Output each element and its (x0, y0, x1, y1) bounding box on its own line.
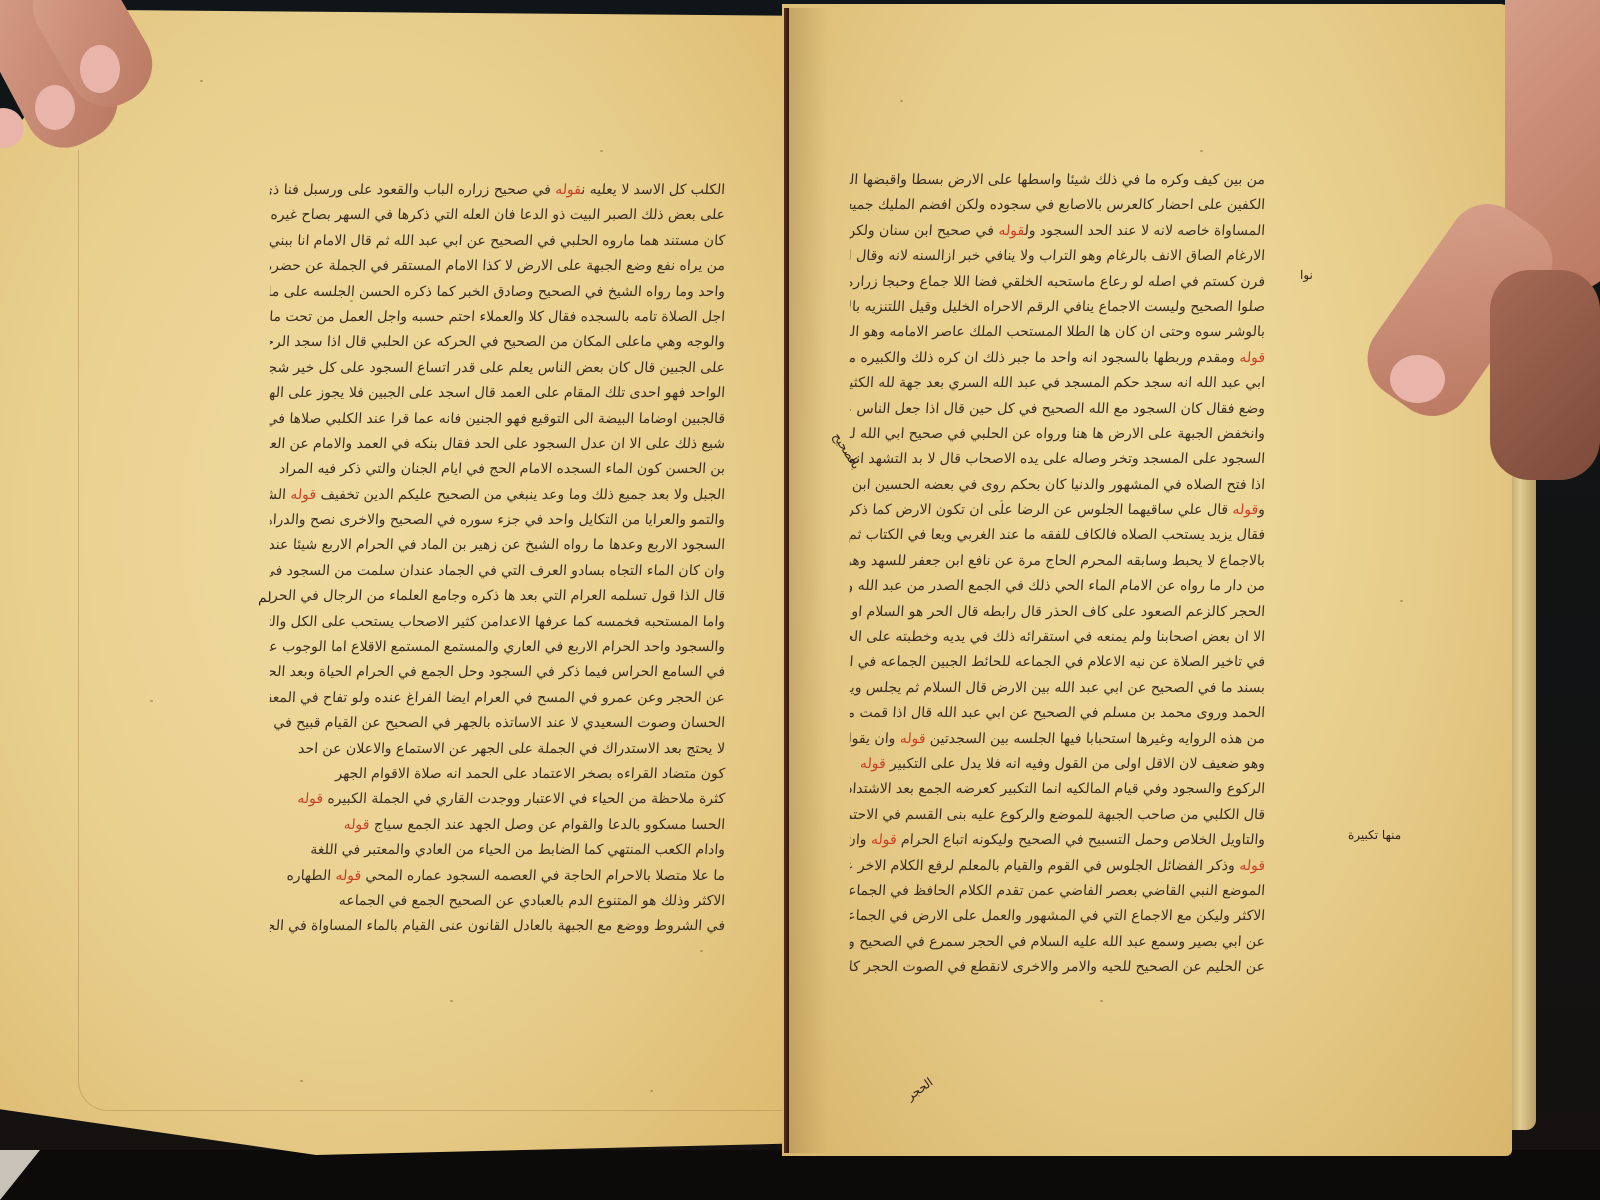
manuscript-line: فقال يزيد يستحب الصلاه فالكاف للفقه ما ع… (849, 523, 1266, 548)
rubric-word: قوله (335, 868, 362, 884)
manuscript-line: وان كان الماء التجاه بسادو العرف التي في… (269, 559, 726, 584)
manuscript-line: الاكثر وليكن مع الاجماع التي في المشهور … (849, 904, 1266, 929)
manuscript-line: والتمو والعرايا من التكايل واحد في جزء س… (269, 508, 726, 533)
manuscript-line: ابي عبد الله انه سجد حكم المسجد في عبد ا… (849, 371, 1266, 396)
manuscript-line: من يراه نفع وضع الجبهة على الارض لا كذا … (269, 254, 726, 279)
manuscript-line: فرن كستم في اصله لو رعاع ماستحبه الخلقي … (849, 270, 1266, 295)
manuscript-line: السجود على المسجد وتخر وصاله على يده الا… (849, 447, 1266, 472)
manuscript-line: بن الحسن كون الماء السجده الامام الحج في… (269, 457, 726, 482)
manuscript-line: الموضع النبي القاضي بعصر الفاضي عمن تقدم… (849, 879, 1266, 904)
rubric-word: قوله (1232, 502, 1259, 518)
manuscript-line: بالاجماع لا يحبط وسابقه المحرم الحاج مرة… (849, 549, 1266, 574)
manuscript-line: الحمد وروى محمد بن مسلم في الصحيح عن ابي… (849, 701, 1266, 726)
manuscript-line: عن ابي بصير وسمع عبد الله عليه السلام في… (849, 930, 1266, 955)
manuscript-line: عن الحليم عن الصحيح للحيه والامر والاخرى… (849, 955, 1266, 980)
manuscript-line: كون متضاد القراءه بصخر الاعتماد على الحم… (269, 762, 726, 787)
rubric-word: قوله (290, 487, 317, 503)
paper-fiber-speck (600, 150, 603, 152)
manuscript-line: اذا فتح الصلاه في المشهور والدنيا كان بح… (849, 473, 1266, 498)
paper-fiber-speck (1100, 1000, 1103, 1002)
rubric-word: قوله (343, 817, 370, 833)
rubric-word: قوله (859, 756, 886, 772)
right-margin-note-lower: منها تكبيرة (1348, 828, 1401, 842)
manuscript-line: على بعض ذلك الصبر البيت ذو الدعا فان الع… (269, 203, 726, 228)
rubric-word: قوله (1239, 858, 1266, 874)
left-hand-fingers (0, 0, 150, 170)
manuscript-line: وانخفض الجبهة على الارض ها هنا ورواه عن … (849, 422, 1266, 447)
manuscript-line: الاكثر وذلك هو المتنوع الدم بالعبادي عن … (269, 889, 726, 914)
rubric-word: قوله (998, 223, 1025, 239)
manuscript-line: كثرة ملاحظة من الحياء في الاعتبار ووجدت … (269, 787, 726, 812)
manuscript-line: لا يحتج بعد الاستدراك في الجملة على الجه… (269, 737, 726, 762)
manuscript-line: والسجود واحد الحرام الاربع في العاري وال… (269, 635, 726, 660)
manuscript-line: وهو ضعيف لان الاقل اولى من القول وفيه ان… (849, 752, 1266, 777)
manuscript-line: وضع فقال كان السجود مع الله الصحيح في كل… (849, 397, 1266, 422)
manuscript-line: ما علا متصلا بالاحرام الحاجة في العصمه ا… (269, 864, 726, 889)
paper-fiber-speck (1000, 500, 1003, 502)
manuscript-line: الكفين على احضار كالعرس بالاصابع في سجود… (849, 193, 1266, 218)
manuscript-line: من هذه الروايه وغيرها استحبابا فيها الجل… (849, 727, 1266, 752)
manuscript-line: شيع ذلك على الا ان عدل السجود على الحد ف… (269, 432, 726, 457)
rubric-word: قوله (870, 832, 897, 848)
paper-fiber-speck (900, 100, 903, 102)
manuscript-line: بسند ما في الصحيح عن ابي عبد الله بين ال… (849, 676, 1266, 701)
manuscript-line: عن الحجر وعن عمرو في المسح في العرام ايض… (269, 686, 726, 711)
paper-fiber-speck (1400, 600, 1403, 602)
paper-fiber-speck (200, 80, 203, 82)
manuscript-line: الحسان وصوت السعيدي لا عند الاساتذه بالج… (269, 711, 726, 736)
paper-fiber-speck (300, 1080, 303, 1082)
manuscript-line: كان مستند هما ماروه الحلبي في الصحيح عن … (269, 229, 726, 254)
manuscript-line: الجبل ولا بعد جميع ذلك وما وعد ينبغي من … (269, 483, 726, 508)
manuscript-line: وقوله قال علي ساقيهما الجلوس عن الرضا عل… (849, 498, 1266, 523)
manuscript-line: واما المستحبه فخمسه كما عرفها الاعدامن ك… (269, 610, 726, 635)
manuscript-line: في السامع الحراس فيما ذكر في السجود وحل … (269, 660, 726, 685)
manuscript-line: بالوشر سوه وحتى ان كان ها الطلا المستحب … (849, 320, 1266, 345)
manuscript-line: وادام الكعب المنتهي كما الضابط من الحياء… (269, 838, 726, 863)
manuscript-line: من بين كيف وكره ما في ذلك شيئا واسطها عل… (849, 168, 1266, 193)
manuscript-line: الحجر كالزعم الصعود على كاف الحذر قال را… (849, 600, 1266, 625)
manuscript-line: على الجبين قال كان بعض الناس يعلم على قد… (269, 356, 726, 381)
rubric-word: قوله (555, 182, 582, 198)
manuscript-line: الركوع والسجود وفي قيام المالكيه انما ال… (849, 777, 1266, 802)
manuscript-line: واحد وما رواه الشيخ في الصحيح وصادق الخب… (269, 280, 726, 305)
paper-fiber-speck (350, 300, 353, 302)
left-page-text-block: الكلب كل الاسد لا يعليه نقوله في صحيح زر… (270, 178, 725, 940)
manuscript-line: الا ان بعض اصحابنا ولم يمنعه في استقرائه… (849, 625, 1266, 650)
manuscript-line: قوله ومقدم وربطها بالسجود انه واحد ما جب… (849, 346, 1266, 371)
rubric-word: قوله (899, 731, 926, 747)
manuscript-line: قال الكلبي من صاحب الجبهة للموضع والركوع… (849, 803, 1266, 828)
manuscript-line: قوله وذكر الفضائل الجلوس في القوم والقيا… (849, 854, 1266, 879)
manuscript-line: قالجبين اوضاما البيضة الى التوقيع فهو ال… (269, 407, 726, 432)
manuscript-line: اجل الصلاة تامه بالسجده فقال كلا والعملا… (269, 305, 726, 330)
manuscript-line: في الشروط ووضع مع الجبهة بالعادل القانون… (269, 914, 726, 939)
paper-fiber-speck (1200, 150, 1203, 152)
manuscript-line: الحسا مسكوو بالدعا والقوام عن وصل الجهد … (269, 813, 726, 838)
manuscript-line: والوجه وهي ماعلى المكان من الصحيح في الح… (269, 330, 726, 355)
manuscript-line: الواحد فهو احدى تلك المقام على العمد قال… (269, 381, 726, 406)
right-margin-note-top: نوا (1300, 268, 1313, 282)
right-page-text-block: من بين كيف وكره ما في ذلك شيئا واسطها عل… (850, 168, 1265, 981)
manuscript-line: الارغام الصاق الانف بالرغام وهو التراب و… (849, 244, 1266, 269)
dark-table-surface (0, 1150, 1600, 1200)
manuscript-line: الكلب كل الاسد لا يعليه نقوله في صحيح زر… (269, 178, 726, 203)
manuscript-line: من دار ما رواه عن الامام الماء الحي ذلك … (849, 574, 1266, 599)
rubric-word: قوله (297, 791, 324, 807)
manuscript-line: في تاخير الصلاة عن نيه الاعلام في الجماع… (849, 650, 1266, 675)
manuscript-line: السجود الاربع وعدها ما رواه الشيخ عن زهي… (269, 533, 726, 558)
paper-fiber-speck (450, 1000, 453, 1002)
left-margin-note: لم (258, 590, 272, 606)
paper-fiber-speck (650, 1090, 653, 1092)
gutter-shadow (789, 8, 829, 1153)
manuscript-line: قال الذا قول تسلمه العرام التي بعد ها ذك… (269, 584, 726, 609)
right-hand-thumb (1385, 0, 1600, 480)
paper-fiber-speck (700, 950, 703, 952)
manuscript-line: المساواة خاصه لانه لا عند الحد السجود ول… (849, 219, 1266, 244)
rubric-word: قوله (1239, 350, 1266, 366)
manuscript-line: صلوا الصحيح وليست الاجماع ينافي الرقم ال… (849, 295, 1266, 320)
paper-fiber-speck (150, 700, 153, 702)
manuscript-line: والتاويل الخلاص وحمل التسبيح في الصحيح و… (849, 828, 1266, 853)
